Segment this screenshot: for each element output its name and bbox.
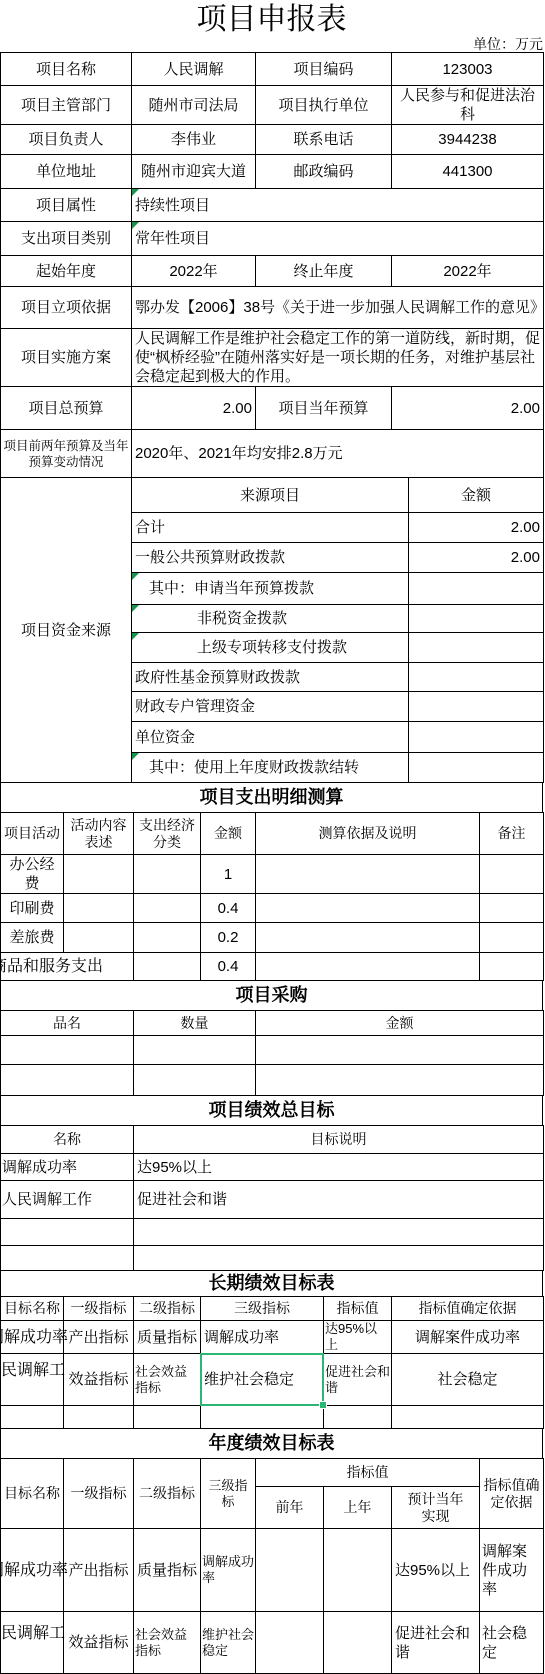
- header-quantity[interactable]: 数量: [134, 1011, 256, 1036]
- cell-start-year-value[interactable]: 2022年: [132, 256, 256, 287]
- cell-lt-level1[interactable]: 效益指标: [64, 1354, 134, 1406]
- cell-an-level2[interactable]: 社会效益指标: [134, 1612, 201, 1674]
- cell-project-name-label[interactable]: 项目名称: [1, 53, 132, 86]
- cell-empty[interactable]: [134, 894, 201, 923]
- cell-fund-header-source[interactable]: 来源项目: [132, 478, 409, 513]
- cell-an-basis[interactable]: 社会稳定: [480, 1612, 544, 1674]
- cell-empty[interactable]: [201, 1406, 324, 1429]
- header-calc-basis[interactable]: 测算依据及说明: [256, 813, 480, 855]
- cell-project-code-value[interactable]: 123003: [392, 53, 544, 86]
- cell-empty[interactable]: [256, 855, 480, 894]
- cell-year-budget-label[interactable]: 项目当年预算: [256, 387, 392, 430]
- header-an-goal[interactable]: 目标名称: [1, 1459, 64, 1529]
- cell-empty[interactable]: [134, 1246, 544, 1271]
- cell-plan-label[interactable]: 项目实施方案: [1, 329, 132, 387]
- cell-empty[interactable]: [134, 1065, 256, 1096]
- note-triangle-icon: [132, 633, 139, 640]
- header-activity[interactable]: 项目活动: [1, 813, 64, 855]
- cell-expense-amount[interactable]: 1: [201, 855, 256, 894]
- cell-goal-name[interactable]: 人民调解工作: [1, 1181, 134, 1219]
- note-triangle-icon: [132, 753, 139, 760]
- overall-goal-table: 名称 目标说明 调解成功率 达95%以上 人民调解工作 促进社会和谐: [0, 1125, 544, 1271]
- cell-total-budget-label[interactable]: 项目总预算: [1, 387, 132, 430]
- cell-empty[interactable]: [256, 1065, 544, 1096]
- cell-empty[interactable]: [480, 855, 544, 894]
- note-triangle-icon: [132, 573, 139, 580]
- cell-fund-carryover-name[interactable]: 其中：使用上年度财政拨款结转: [132, 753, 409, 783]
- cell-empty[interactable]: [324, 1406, 392, 1429]
- section-overall-goal-title[interactable]: 项目绩效总目标: [0, 1095, 543, 1126]
- cell-empty[interactable]: [134, 855, 201, 894]
- cell-fund-total-name[interactable]: 合计: [132, 513, 409, 543]
- cell-lt-goal[interactable]: 人民调解工作: [1, 1354, 64, 1406]
- cell-empty[interactable]: [1, 1065, 134, 1096]
- cell-plan-value[interactable]: 人民调解工作是维护社会稳定工作的第一道防线，新时期，促使“枫桥经验”在随州落实好…: [132, 329, 544, 387]
- cell-an-current[interactable]: 促进社会和谐: [392, 1612, 480, 1674]
- cell-empty[interactable]: [392, 1406, 544, 1429]
- header-econ-class[interactable]: 支出经济分类: [134, 813, 201, 855]
- section-expense-detail-title[interactable]: 项目支出明细测算: [0, 782, 543, 813]
- cell-empty[interactable]: [134, 953, 201, 981]
- cell-lt-value[interactable]: 促进社会和谐: [324, 1354, 392, 1406]
- cell-expense-activity[interactable]: 商品和服务支出: [1, 953, 134, 981]
- cell-zip-label[interactable]: 邮政编码: [256, 155, 392, 189]
- selection-fill-handle[interactable]: [319, 1401, 327, 1409]
- cell-leader-value[interactable]: 李伟业: [132, 125, 256, 155]
- cell-year-budget-value[interactable]: 2.00: [392, 387, 544, 430]
- header-activity-desc[interactable]: 活动内容表述: [64, 813, 134, 855]
- cell-total-budget-value[interactable]: 2.00: [132, 387, 256, 430]
- cell-lt-goal[interactable]: 调解成功率: [1, 1321, 64, 1354]
- cell-fund-nontax-amount[interactable]: [409, 605, 544, 633]
- cell-fund-unit-amount[interactable]: [409, 722, 544, 753]
- cell-leader-label[interactable]: 项目负责人: [1, 125, 132, 155]
- cell-fund-govfund-name[interactable]: 政府性基金预算财政拨款: [132, 663, 409, 692]
- cell-empty[interactable]: [134, 1406, 201, 1429]
- cell-start-year-label[interactable]: 起始年度: [1, 256, 132, 287]
- cell-empty[interactable]: [1, 1246, 134, 1271]
- cell-an-level1[interactable]: 产出指标: [64, 1529, 134, 1612]
- annual-goals-table: 目标名称 一级指标 二级指标 三级指标 指标值 指标值确定依据 前年 上年 预计…: [0, 1458, 544, 1674]
- cell-fund-fiscal-account-amount[interactable]: [409, 692, 544, 722]
- note-triangle-icon: [132, 189, 139, 196]
- cell-empty[interactable]: [1, 1036, 134, 1065]
- header-remark[interactable]: 备注: [480, 813, 544, 855]
- cell-empty[interactable]: [256, 923, 480, 953]
- section-annual-title[interactable]: 年度绩效目标表: [0, 1428, 543, 1459]
- header-lt-level2[interactable]: 二级指标: [134, 1297, 201, 1321]
- spreadsheet: 项目申报表 单位：万元 项目名称 人民调解 项目编码 123003 项目主管部门…: [0, 0, 545, 1674]
- cell-expense-amount[interactable]: 0.2: [201, 923, 256, 953]
- note-triangle-icon: [132, 222, 139, 229]
- cell-dept-value[interactable]: 随州市司法局: [132, 86, 256, 125]
- header-lt-level1[interactable]: 一级指标: [64, 1297, 134, 1321]
- cell-goal-desc[interactable]: 促进社会和谐: [134, 1181, 544, 1219]
- cell-goal-name[interactable]: 调解成功率: [1, 1154, 134, 1181]
- header-goal-name[interactable]: 名称: [1, 1126, 134, 1154]
- cell-empty[interactable]: [1, 1406, 64, 1429]
- cell-expense-amount[interactable]: 0.4: [201, 894, 256, 923]
- cell-fund-apply-name[interactable]: 其中：申请当年预算拨款: [132, 573, 409, 605]
- cell-lt-level1[interactable]: 产出指标: [64, 1321, 134, 1354]
- cell-exec-unit-value[interactable]: 人民参与和促进法治科: [392, 86, 544, 125]
- cell-empty[interactable]: [64, 923, 134, 953]
- cell-fund-public-budget-amount[interactable]: 2.00: [409, 543, 544, 573]
- longterm-goals-table: 目标名称 一级指标 二级指标 三级指标 指标值 指标值确定依据 调解成功率 产出…: [0, 1296, 544, 1429]
- cell-fund-carryover-amount[interactable]: [409, 753, 544, 783]
- section-longterm-title[interactable]: 长期绩效目标表: [0, 1270, 543, 1297]
- cell-lt-value[interactable]: 达95%以上: [324, 1321, 392, 1354]
- cell-an-goal[interactable]: 调解成功率: [1, 1529, 64, 1612]
- cell-fund-nontax-name[interactable]: 非税资金拨款: [132, 605, 409, 633]
- header-lt-value[interactable]: 指标值: [324, 1297, 392, 1321]
- cell-an-level1[interactable]: 效益指标: [64, 1612, 134, 1674]
- cell-an-prev1[interactable]: [324, 1612, 392, 1674]
- cell-end-year-value[interactable]: 2022年: [392, 256, 544, 287]
- cell-goal-desc[interactable]: 达95%以上: [134, 1154, 544, 1181]
- basic-info-table: 项目名称 人民调解 项目编码 123003 项目主管部门 随州市司法局 项目执行…: [0, 52, 544, 478]
- cell-address-value[interactable]: 随州市迎宾大道: [132, 155, 256, 189]
- cell-empty[interactable]: [134, 923, 201, 953]
- cell-fund-public-budget-name[interactable]: 一般公共预算财政拨款: [132, 543, 409, 573]
- header-an-prev1[interactable]: 上年: [324, 1487, 392, 1529]
- header-lt-goal[interactable]: 目标名称: [1, 1297, 64, 1321]
- cell-category-value[interactable]: 常年性项目: [132, 222, 544, 256]
- cell-fund-govfund-amount[interactable]: [409, 663, 544, 692]
- cell-lt-basis[interactable]: 社会稳定: [392, 1354, 544, 1406]
- cell-prev-budget-value[interactable]: 2020年、2021年均安排2.8万元: [132, 430, 544, 478]
- cell-an-level2[interactable]: 质量指标: [134, 1529, 201, 1612]
- cell-project-name-value[interactable]: 人民调解: [132, 53, 256, 86]
- expense-detail-table: 项目活动 活动内容表述 支出经济分类 金额 测算依据及说明 备注 办公经费 1 …: [0, 812, 544, 981]
- form-title: 项目申报表: [0, 0, 543, 37]
- cell-attr-label[interactable]: 项目属性: [1, 189, 132, 222]
- header-an-level1[interactable]: 一级指标: [64, 1459, 134, 1529]
- cell-dept-label[interactable]: 项目主管部门: [1, 86, 132, 125]
- header-an-level3[interactable]: 三级指标: [201, 1459, 256, 1529]
- cell-fund-total-amount[interactable]: 2.00: [409, 513, 544, 543]
- cell-empty[interactable]: [64, 855, 134, 894]
- header-lt-level3[interactable]: 三级指标: [201, 1297, 324, 1321]
- header-amount[interactable]: 金额: [201, 813, 256, 855]
- cell-exec-unit-label[interactable]: 项目执行单位: [256, 86, 392, 125]
- cell-category-label[interactable]: 支出项目类别: [1, 222, 132, 256]
- cell-an-level3[interactable]: 调解成功率: [201, 1529, 256, 1612]
- cell-empty[interactable]: [480, 923, 544, 953]
- cell-zip-value[interactable]: 441300: [392, 155, 544, 189]
- cell-fund-fiscal-account-name[interactable]: 财政专户管理资金: [132, 692, 409, 722]
- cell-an-basis[interactable]: 调解案件成功率: [480, 1529, 544, 1612]
- cell-lt-level3[interactable]: 调解成功率: [201, 1321, 324, 1354]
- cell-empty[interactable]: [64, 894, 134, 923]
- cell-an-current[interactable]: 达95%以上: [392, 1529, 480, 1612]
- cell-project-code-label[interactable]: 项目编码: [256, 53, 392, 86]
- procurement-table: 品名 数量 金额: [0, 1010, 544, 1096]
- cell-basis-label[interactable]: 项目立项依据: [1, 287, 132, 329]
- cell-an-prev2[interactable]: [256, 1612, 324, 1674]
- cell-empty[interactable]: [480, 953, 544, 981]
- cell-address-label[interactable]: 单位地址: [1, 155, 132, 189]
- cell-attr-value[interactable]: 持续性项目: [132, 189, 544, 222]
- note-triangle-icon: [132, 605, 139, 612]
- cell-expense-activity[interactable]: 印刷费: [1, 894, 64, 923]
- cell-empty[interactable]: [134, 1219, 544, 1246]
- cell-lt-level2[interactable]: 社会效益指标: [134, 1354, 201, 1406]
- cell-phone-value[interactable]: 3944238: [392, 125, 544, 155]
- section-procurement-title[interactable]: 项目采购: [0, 980, 543, 1011]
- header-an-current[interactable]: 预计当年实现: [392, 1487, 480, 1529]
- unit-note: 单位：万元: [0, 37, 543, 53]
- cell-lt-level3-selected[interactable]: 维护社会稳定: [201, 1354, 324, 1406]
- header-an-value-group[interactable]: 指标值: [256, 1459, 480, 1487]
- cell-end-year-label[interactable]: 终止年度: [256, 256, 392, 287]
- header-an-prev2[interactable]: 前年: [256, 1487, 324, 1529]
- cell-basis-value[interactable]: 鄂办发【2006】38号《关于进一步加强人民调解工作的意见》: [132, 287, 544, 329]
- cell-empty[interactable]: [1, 1219, 134, 1246]
- cell-phone-label[interactable]: 联系电话: [256, 125, 392, 155]
- cell-empty[interactable]: [480, 894, 544, 923]
- cell-empty[interactable]: [64, 1406, 134, 1429]
- cell-empty[interactable]: [256, 894, 480, 923]
- cell-fund-transfer-name[interactable]: 上级专项转移支付拨款: [132, 633, 409, 663]
- cell-fund-transfer-amount[interactable]: [409, 633, 544, 663]
- cell-empty[interactable]: [134, 1036, 256, 1065]
- cell-expense-amount[interactable]: 0.4: [201, 953, 256, 981]
- cell-empty[interactable]: [256, 953, 480, 981]
- cell-prev-budget-label[interactable]: 项目前两年预算及当年预算变动情况: [1, 430, 132, 478]
- header-lt-basis[interactable]: 指标值确定依据: [392, 1297, 544, 1321]
- cell-fund-apply-amount[interactable]: [409, 573, 544, 605]
- header-proc-amount[interactable]: 金额: [256, 1011, 544, 1036]
- cell-lt-basis[interactable]: 调解案件成功率: [392, 1321, 544, 1354]
- header-item-name[interactable]: 品名: [1, 1011, 134, 1036]
- cell-fund-unit-name[interactable]: 单位资金: [132, 722, 409, 753]
- header-goal-desc[interactable]: 目标说明: [134, 1126, 544, 1154]
- header-an-level2[interactable]: 二级指标: [134, 1459, 201, 1529]
- cell-an-level3[interactable]: 维护社会稳定: [201, 1612, 256, 1674]
- cell-an-goal[interactable]: 人民调解工作: [1, 1612, 64, 1674]
- cell-an-prev1[interactable]: [324, 1529, 392, 1612]
- fund-source-table: 项目资金来源 来源项目 金额 合计 2.00 一般公共预算财政拨款 2.00 其…: [0, 477, 544, 783]
- cell-lt-level2[interactable]: 质量指标: [134, 1321, 201, 1354]
- cell-fund-header-amount[interactable]: 金额: [409, 478, 544, 513]
- header-an-basis[interactable]: 指标值确定依据: [480, 1459, 544, 1529]
- cell-an-prev2[interactable]: [256, 1529, 324, 1612]
- cell-fund-source-label[interactable]: 项目资金来源: [1, 478, 132, 783]
- cell-empty[interactable]: [256, 1036, 544, 1065]
- cell-expense-activity[interactable]: 办公经费: [1, 855, 64, 894]
- cell-expense-activity[interactable]: 差旅费: [1, 923, 64, 953]
